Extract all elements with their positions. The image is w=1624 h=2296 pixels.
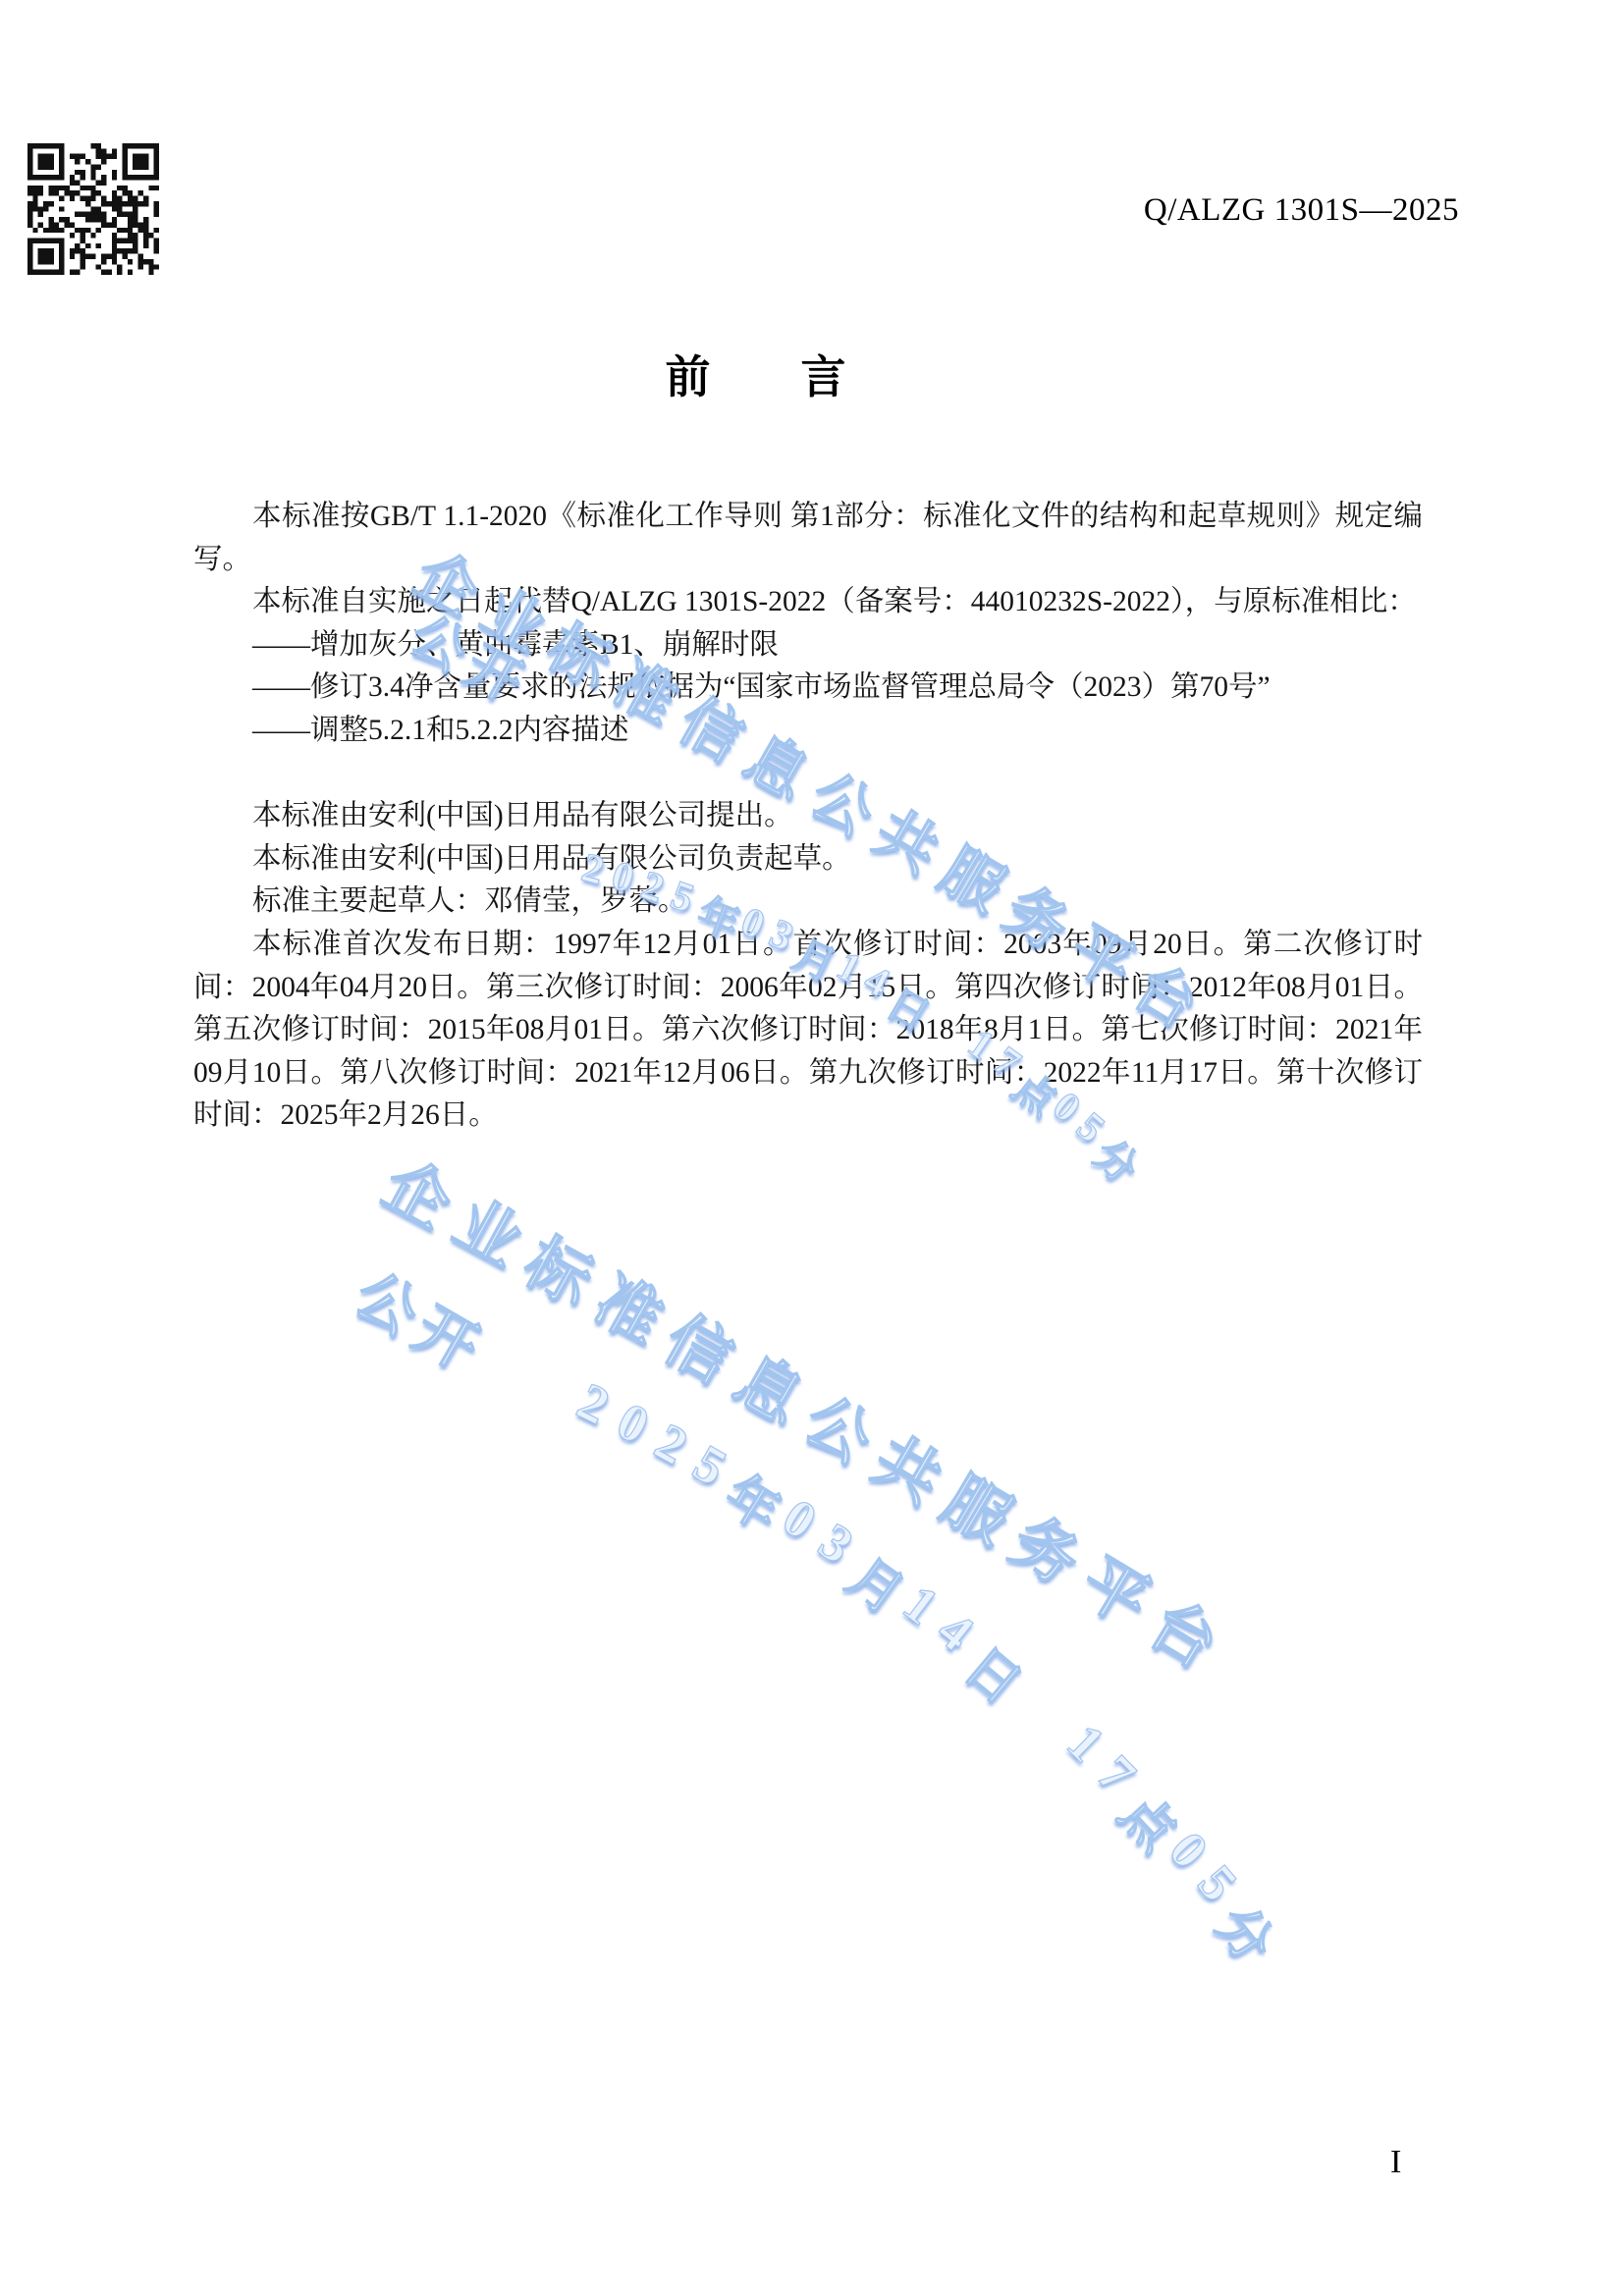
paragraph: ——修订3.4净含量要求的法规依据为“国家市场监督管理总局令（2023）第70号… — [193, 667, 1423, 710]
watermark-char: 服 — [928, 1449, 1031, 1562]
watermark-char: 企 — [370, 1133, 471, 1246]
watermark-char: 准 — [580, 1249, 682, 1362]
watermark-char: 公 — [342, 1247, 438, 1353]
paragraph: 本标准由安利(中国)日用品有限公司负责起草。 — [193, 838, 1423, 881]
watermark-char: 2 — [645, 1411, 698, 1476]
watermark-char: 1 — [893, 1573, 950, 1637]
watermark-char: 0 — [1157, 1820, 1219, 1880]
watermark-char: 平 — [1066, 1530, 1170, 1643]
watermark-char: 7 — [1086, 1743, 1148, 1805]
watermark-char: 台 — [1135, 1573, 1239, 1685]
watermark-char: 年 — [713, 1454, 797, 1546]
watermark-char — [1006, 1667, 1056, 1721]
watermark-char: 开 — [401, 1281, 497, 1387]
watermark-char: 1 — [1055, 1712, 1116, 1774]
qr-code — [27, 143, 159, 275]
paragraph: 本标准由安利(中国)日用品有限公司提出。 — [193, 795, 1423, 838]
paragraph: 本标准按GB/T 1.1-2020《标准化工作导则 第1部分：标准化文件的结构和… — [193, 496, 1423, 581]
watermark-char: 0 — [607, 1390, 659, 1456]
watermark-char: 日 — [950, 1627, 1040, 1719]
page-number: I — [1390, 2144, 1401, 2181]
watermark-char: 5 — [683, 1432, 737, 1498]
watermark-char: 点 — [1105, 1775, 1196, 1865]
watermark-char: 公 — [789, 1368, 893, 1481]
watermark-char: 标 — [511, 1210, 613, 1323]
paragraph: ——增加灰分、黄曲霉毒素B1、崩解时限 — [193, 624, 1423, 667]
paragraph: ——调整5.2.1和5.2.2内容描述 — [193, 710, 1423, 753]
watermark-char: 息 — [720, 1328, 822, 1441]
page-title: 前 言 — [193, 342, 1411, 406]
watermark-char: 4 — [927, 1599, 986, 1663]
document-page: Q/ALZG 1301S—2025 前 言 本标准按GB/T 1.1-2020《… — [0, 0, 1624, 2296]
watermark-char: 务 — [998, 1489, 1101, 1602]
paragraph: 本标准自实施之日起代替Q/ALZG 1301S-2022（备案号：4401023… — [193, 581, 1423, 624]
watermark-char: 共 — [859, 1409, 962, 1522]
body-text: 本标准按GB/T 1.1-2020《标准化工作导则 第1部分：标准化文件的结构和… — [193, 496, 1423, 1138]
watermark-char: 业 — [440, 1171, 542, 1284]
watermark-char: 3 — [808, 1511, 864, 1575]
doc-number: Q/ALZG 1301S—2025 — [1144, 192, 1459, 229]
watermark-char: 0 — [772, 1486, 827, 1552]
watermark-char: 5 — [1185, 1853, 1249, 1913]
watermark-char: 月 — [835, 1536, 922, 1629]
watermark-char: 信 — [650, 1288, 752, 1401]
paragraph: 标准主要起草人：邓倩莹，罗蓉。 — [193, 881, 1423, 924]
watermark-char: 分 — [1202, 1888, 1294, 1976]
watermark-char: 2 — [568, 1370, 619, 1437]
paragraph: 本标准首次发布日期：1997年12月01日。首次修订时间：2003年09月20日… — [193, 924, 1423, 1138]
watermark-char — [1031, 1689, 1082, 1743]
